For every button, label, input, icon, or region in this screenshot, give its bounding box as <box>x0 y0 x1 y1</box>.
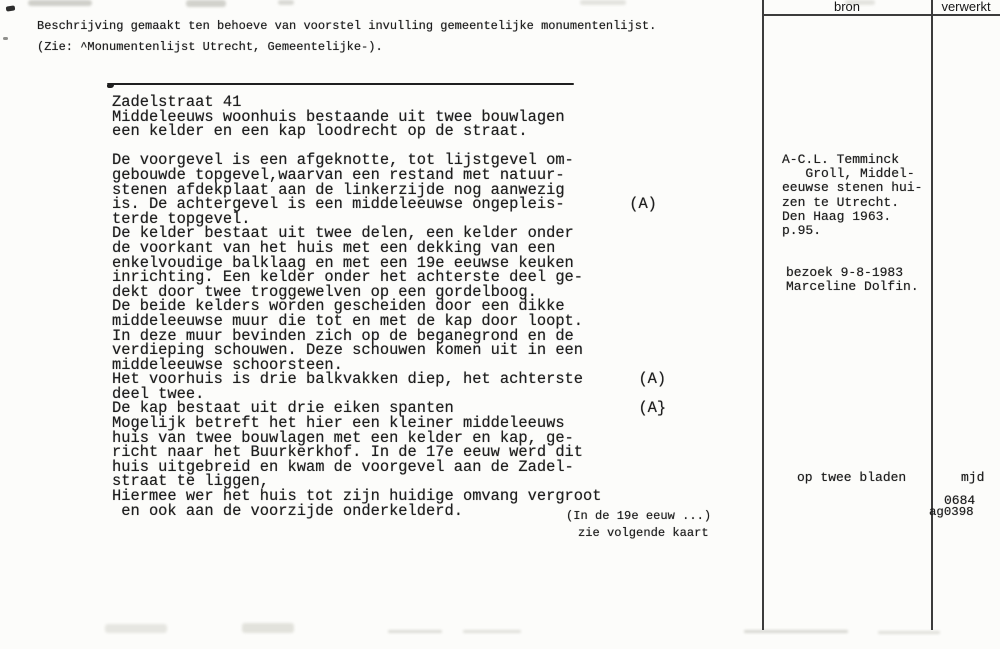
column-header-bron: bron <box>763 0 931 14</box>
footnote-line-1: (In de 19e eeuw ...) <box>566 509 711 524</box>
scanned-document-page: Beschrijving gemaakt ten behoeve van voo… <box>0 0 1000 649</box>
scan-smudge <box>388 630 442 633</box>
scan-smudge <box>242 623 294 633</box>
divider-line <box>107 83 574 85</box>
scan-smudge <box>580 0 626 5</box>
divider-line-tip <box>107 85 114 88</box>
intro-note: Beschrijving gemaakt ten behoeve van voo… <box>37 16 656 58</box>
bron-visit-note: bezoek 9-8-1983 Marceline Dolfin. <box>786 266 919 294</box>
table-header-underline <box>762 14 1000 16</box>
scan-smudge <box>105 624 167 633</box>
footnote-line-2: zie volgende kaart <box>578 526 709 541</box>
bron-sheets-note: op twee bladen <box>797 471 906 485</box>
verwerkt-initials: mjd <box>961 471 984 485</box>
scan-smudge <box>463 630 521 633</box>
column-header-verwerkt: verwerkt <box>932 0 1000 14</box>
scan-smudge <box>878 631 940 634</box>
scan-smudge <box>278 0 294 5</box>
scan-smudge <box>186 0 226 7</box>
table-border-left <box>762 0 764 630</box>
scan-speck <box>3 37 8 40</box>
scan-smudge <box>28 0 92 6</box>
table-column-divider <box>931 0 933 630</box>
verwerkt-code-2: ag0398 <box>929 506 974 519</box>
scan-speck <box>6 5 16 11</box>
scan-smudge <box>744 630 848 633</box>
bron-reference: A-C.L. Temminck Groll, Middel- eeuwse st… <box>782 153 922 238</box>
monument-description: Zadelstraat 41 Middeleeuws woonhuis best… <box>112 95 666 518</box>
